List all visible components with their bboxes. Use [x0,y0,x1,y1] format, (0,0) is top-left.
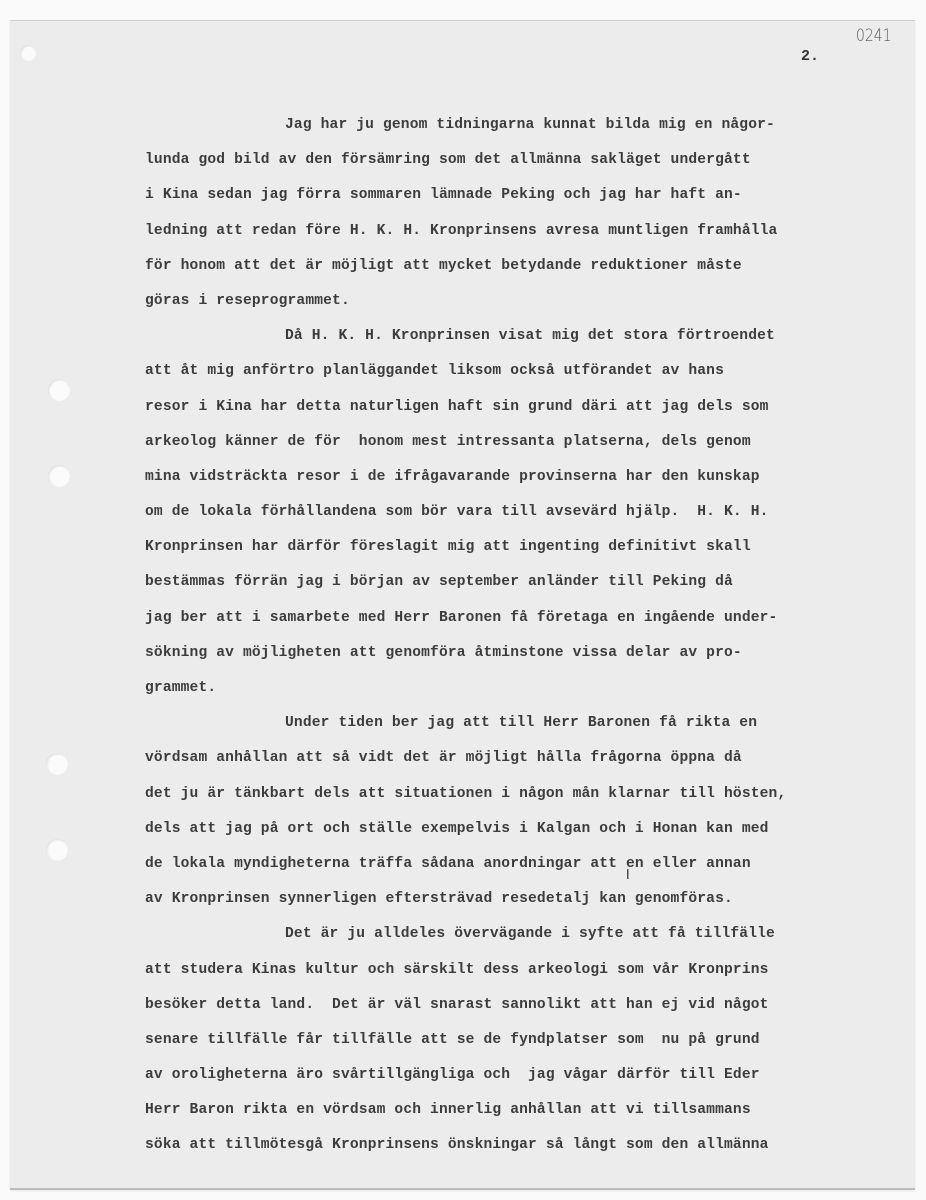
punch-hole-icon [46,753,68,775]
text-line: Det är ju alldeles övervägande i syfte a… [145,917,885,952]
punch-hole-icon [48,379,70,401]
text-line: det ju är tänkbart dels att situationen … [145,777,885,812]
punch-hole-icon [46,839,68,861]
text-line: lunda god bild av den försämring som det… [145,143,885,178]
text-line: göras i reseprogrammet. [145,284,885,319]
punch-hole-icon [20,45,36,61]
text-line: i Kina sedan jag förra sommaren lämnade … [145,178,885,213]
text-line: ledning att redan före H. K. H. Kronprin… [145,214,885,249]
text-line: av Kronprinsen synnerligen eftersträvad … [145,882,885,917]
text-line: att åt mig anförtro planläggandet liksom… [145,354,885,389]
text-line: grammet. [145,671,885,706]
handwritten-correction-mark: l [626,868,630,883]
text-line: söka att tillmötesgå Kronprinsens önskni… [145,1128,885,1163]
text-line: Kronprinsen har därför föreslagit mig at… [145,530,885,565]
text-line: mina vidsträckta resor i de ifrågavarand… [145,460,885,495]
text-line: senare tillfälle får tillfälle att se de… [145,1023,885,1058]
text-line: resor i Kina har detta naturligen haft s… [145,390,885,425]
text-line: Herr Baron rikta en vördsam och innerlig… [145,1093,885,1128]
text-line: Under tiden ber jag att till Herr Barone… [145,706,885,741]
text-line: av oroligheterna äro svårtillgängliga oc… [145,1058,885,1093]
text-line: bestämmas förrän jag i början av septemb… [145,565,885,600]
text-line: Då H. K. H. Kronprinsen visat mig det st… [145,319,885,354]
text-line: för honom att det är möjligt att mycket … [145,249,885,284]
text-line: arkeolog känner de för honom mest intres… [145,425,885,460]
page-number: 2. [801,48,819,65]
text-line: besöker detta land. Det är väl snarast s… [145,988,885,1023]
text-line: att studera Kinas kultur och särskilt de… [145,953,885,988]
punch-hole-icon [48,465,70,487]
scanned-page: 0241 2. Jag har ju genom tidningarna kun… [0,0,926,1200]
text-line: vördsam anhållan att så vidt det är möjl… [145,741,885,776]
text-line: dels att jag på ort och ställe exempelvi… [145,812,885,847]
archive-number: 0241 [856,26,891,46]
text-line: sökning av möjligheten att genomföra åtm… [145,636,885,671]
text-line: Jag har ju genom tidningarna kunnat bild… [145,108,885,143]
text-line: jag ber att i samarbete med Herr Baronen… [145,601,885,636]
letter-body: Jag har ju genom tidningarna kunnat bild… [145,108,885,1164]
text-line: om de lokala förhållandena som bör vara … [145,495,885,530]
text-line: de lokala myndigheterna träffa sådana an… [145,847,885,882]
